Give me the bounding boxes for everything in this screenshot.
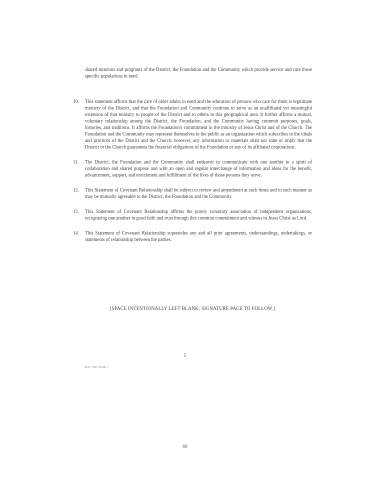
paragraph-continuation: shared missions and programs of the Dist… (85, 67, 312, 80)
paragraph-text: This statement affirms that the care of … (85, 99, 312, 151)
document-viewer: shared missions and programs of the Dist… (0, 0, 370, 480)
outer-page-number: 60 (0, 444, 370, 450)
paragraph-text: The District, the Foundation and the Com… (85, 160, 312, 180)
intentionally-blank-notice: [SPACE INTENTIONALLY LEFT BLANK; SIGNATU… (73, 306, 312, 312)
numbered-paragraph-14: 14. This Statement of Covenant Relations… (73, 231, 312, 244)
document-page: shared missions and programs of the Dist… (0, 0, 370, 480)
paragraph-text: This Statement of Covenant Relationship … (85, 188, 312, 201)
paragraph-number: 12. (73, 188, 85, 195)
body-text-block: shared missions and programs of the Dist… (73, 67, 312, 244)
document-footer-code: 4847-7845-8448.1 (84, 366, 108, 369)
numbered-paragraph-11: 11. The District, the Foundation and the… (73, 160, 312, 180)
paragraph-number: 13. (73, 209, 85, 216)
paragraph-number: 11. (73, 160, 85, 167)
numbered-paragraph-10: 10. This statement affirms that the care… (73, 99, 312, 151)
paragraph-number: 14. (73, 231, 85, 238)
paragraph-number: 10. (73, 99, 85, 106)
paragraph-text: This Statement of Covenant Relationship … (85, 209, 312, 222)
numbered-paragraph-13: 13. This Statement of Covenant Relations… (73, 209, 312, 222)
numbered-paragraph-12: 12. This Statement of Covenant Relations… (73, 188, 312, 201)
paragraph-text: This Statement of Covenant Relationship … (85, 231, 312, 244)
scanned-page-number: 5 (0, 353, 370, 359)
